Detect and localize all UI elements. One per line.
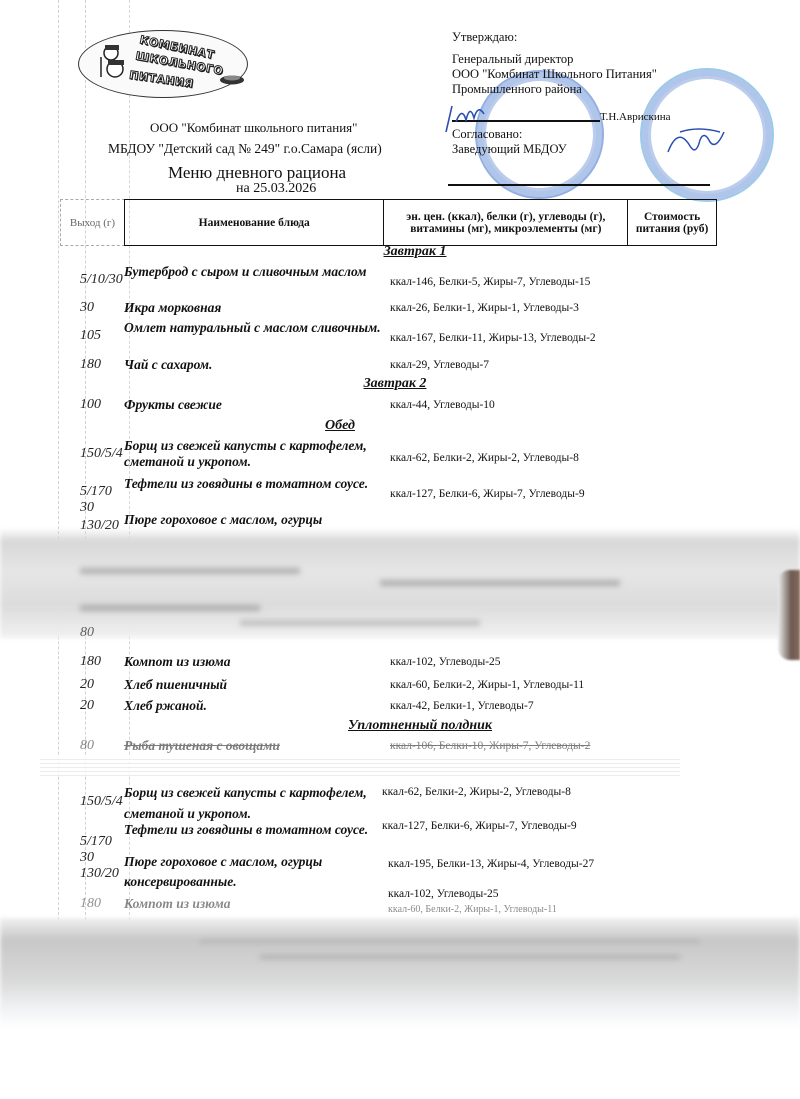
- row-nutrition: ккал-62, Белки-2, Жиры-2, Углеводы-8: [390, 452, 579, 464]
- row-yield: 30: [80, 300, 124, 316]
- row-nutrition: ккал-146, Белки-5, Жиры-7, Углеводы-15: [390, 276, 590, 288]
- row-dish: Тефтели из говядины в томатном соусе.: [124, 476, 386, 492]
- agreed-position: Заведующий МБДОУ: [452, 142, 567, 157]
- company-logo: КОМБИНАТ ШКОЛЬНОГО ПИТАНИЯ: [78, 30, 248, 98]
- row-yield: 150/5/4: [80, 794, 124, 810]
- column-header-cost: Стоимость питания (руб): [628, 200, 716, 245]
- row-nutrition: ккал-195, Белки-13, Жиры-4, Углеводы-27: [388, 858, 594, 870]
- row-dish: Хлеб ржаной.: [124, 698, 386, 714]
- section-breakfast-1: Завтрак 1: [265, 244, 565, 260]
- org-name: ООО "Комбинат школьного питания": [150, 120, 357, 136]
- column-header-dish: Наименование блюда: [125, 200, 384, 245]
- menu-date: на 25.03.2026: [236, 181, 316, 197]
- scan-distortion: [40, 756, 680, 776]
- row-yield: 150/5/4: [80, 446, 124, 462]
- row-yield: 5/170 30: [80, 484, 124, 516]
- row-yield: 80: [80, 738, 124, 754]
- bleed-through-line: [85, 0, 87, 930]
- row-yield: 20: [80, 677, 124, 693]
- column-header-nutrition: эн. цен. (ккал), белки (г), углеводы (г)…: [384, 200, 628, 245]
- row-dish: Компот из изюма: [124, 896, 386, 912]
- row-nutrition: ккал-127, Белки-6, Жиры-7, Углеводы-9: [382, 820, 577, 832]
- blurred-line: [80, 605, 260, 611]
- blurred-line: [380, 580, 620, 586]
- row-yield: 80: [80, 625, 124, 641]
- agreed-label: Согласовано:: [452, 127, 522, 142]
- row-nutrition: ккал-29, Углеводы-7: [390, 359, 489, 371]
- row-yield: 5/170 30: [80, 834, 124, 866]
- row-yield: 20: [80, 698, 124, 714]
- row-dish: Хлеб пшеничный: [124, 677, 386, 693]
- row-dish: Икра морковная: [124, 300, 386, 316]
- section-breakfast-2: Завтрак 2: [245, 376, 545, 392]
- row-dish: Борщ из свежей капусты с картофелем, сме…: [124, 782, 386, 824]
- row-nutrition: ккал-102, Углеводы-25: [390, 656, 501, 668]
- row-yield: 180: [80, 357, 124, 373]
- table-header: Наименование блюда эн. цен. (ккал), белк…: [124, 199, 717, 246]
- row-nutrition: ккал-42, Белки-1, Углеводы-7: [390, 700, 534, 712]
- menu-title: Меню дневного рациона: [168, 163, 346, 183]
- blurred-line: [200, 940, 700, 943]
- approver-company: ООО "Комбинат Школьного Питания": [452, 67, 657, 82]
- row-nutrition: ккал-26, Белки-1, Жиры-1, Углеводы-3: [390, 302, 579, 314]
- row-nutrition: ккал-44, Углеводы-10: [390, 399, 495, 411]
- row-yield: 180: [80, 654, 124, 670]
- row-nutrition: ккал-102, Углеводы-25: [388, 888, 499, 900]
- row-dish: Компот из изюма: [124, 654, 386, 670]
- row-dish: Чай с сахаром.: [124, 357, 386, 373]
- row-yield: 105: [80, 328, 124, 344]
- scan-smear-bottom: [0, 918, 800, 1028]
- row-yield: 180: [80, 896, 124, 912]
- approver-district: Промышленного района: [452, 82, 582, 97]
- row-nutrition: ккал-106, Белки-10, Жиры-7, Углеводы-2: [390, 740, 590, 752]
- row-nutrition: ккал-60, Белки-2, Жиры-1, Углеводы-11: [388, 904, 557, 915]
- logo-word-3: ПИТАНИЯ: [128, 69, 194, 91]
- section-afternoon-snack: Уплотненный полдник: [230, 718, 610, 734]
- blurred-line: [80, 568, 300, 574]
- row-nutrition: ккал-62, Белки-2, Жиры-2, Углеводы-8: [382, 786, 571, 798]
- signature-line-head: [448, 184, 710, 186]
- blurred-line: [240, 620, 480, 626]
- row-nutrition: ккал-167, Белки-11, Жиры-13, Углеводы-2: [390, 332, 596, 344]
- row-dish: Пюре гороховое с маслом, огурцы консерви…: [124, 852, 386, 892]
- approver-position: Генеральный директор: [452, 52, 573, 67]
- blurred-line: [260, 955, 680, 959]
- row-yield: 100: [80, 397, 124, 413]
- plate-icon: [219, 73, 245, 85]
- row-dish: Борщ из свежей капусты с картофелем, сме…: [124, 438, 386, 470]
- row-yield: 5/10/30: [80, 272, 124, 288]
- row-dish: Рыба тушеная с овощами: [124, 738, 386, 754]
- row-dish: Тефтели из говядины в томатном соусе.: [124, 820, 386, 840]
- row-dish: Бутерброд с сыром и сливочным маслом: [124, 264, 386, 280]
- approve-label: Утверждаю:: [452, 30, 517, 45]
- section-lunch: Обед: [190, 418, 490, 434]
- row-dish: Фрукты свежие: [124, 397, 386, 413]
- page-edge-shadow: [778, 570, 800, 660]
- row-nutrition: ккал-60, Белки-2, Жиры-1, Углеводы-11: [390, 679, 584, 691]
- column-header-yield: Выход (г): [60, 199, 125, 246]
- row-dish: Пюре гороховое с маслом, огурцы: [124, 512, 386, 528]
- kindergarten-name: МБДОУ "Детский сад № 249" г.о.Самара (яс…: [108, 141, 382, 157]
- row-dish: Омлет натуральный с маслом сливочным.: [124, 320, 386, 336]
- row-nutrition: ккал-127, Белки-6, Жиры-7, Углеводы-9: [390, 488, 585, 500]
- bleed-through-grid: [58, 0, 130, 930]
- head-signature: [660, 122, 740, 166]
- row-yield: 130/20: [80, 866, 124, 882]
